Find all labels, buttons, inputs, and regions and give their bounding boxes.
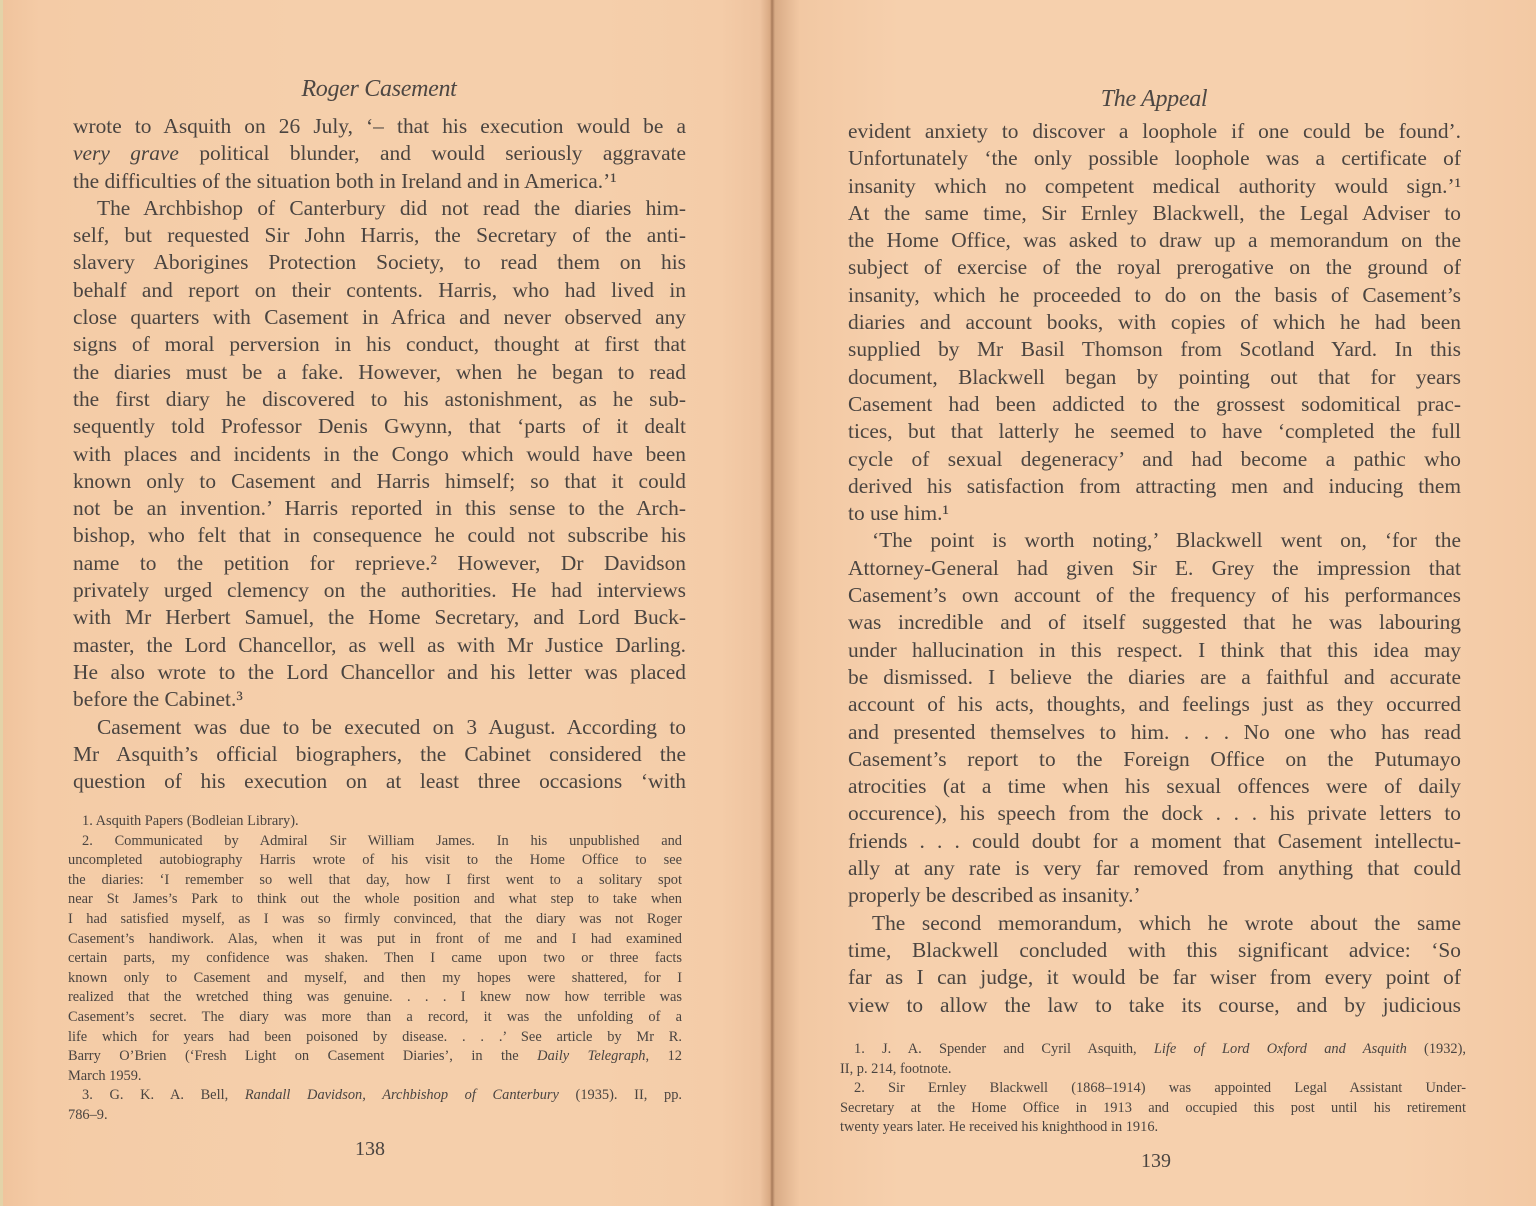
text-line: self, but requested Sir John Harris, the… [73,222,686,249]
text-line: bishop, who felt that in consequence he … [73,522,686,549]
body-text-left: wrote to Asquith on 26 July, ‘– that his… [73,113,686,795]
text-line: was incredible and of itself suggested t… [848,609,1461,636]
text-line: friends . . . could doubt for a moment t… [848,828,1461,855]
text-line: the difficulties of the situation both i… [73,168,686,195]
text-line: with places and incidents in the Congo w… [73,441,686,468]
paragraph-start: ‘The point is worth noting,’ Blackwell w… [848,527,1461,554]
footnote-line: uncompleted autobiography Harris wrote o… [68,851,682,871]
text-line: behalf and report on their contents. Har… [73,277,686,304]
running-head-right: The Appeal [848,86,1460,113]
text-line: cycle of sexual degeneracy’ and had beco… [848,446,1461,473]
text-line: subject of exercise of the royal preroga… [848,254,1461,281]
text-line: tices, but that latterly he seemed to ha… [848,418,1461,445]
text-line: known only to Casement and Harris himsel… [73,468,686,495]
text-line: He also wrote to the Lord Chancellor and… [73,659,686,686]
text-line: under hallucination in this respect. I t… [848,637,1461,664]
text-line: ally at any rate is very far removed fro… [848,855,1461,882]
text-line: insanity which no competent medical auth… [848,173,1461,200]
footnote-line: Secretary at the Home Office in 1913 and… [840,1099,1466,1119]
citation-title: Daily Telegraph [537,1048,645,1064]
paragraph-start: Casement was due to be executed on 3 Aug… [73,714,686,741]
text-line: Mr Asquith’s official biographers, the C… [73,741,686,768]
text-line: Casement’s report to the Foreign Office … [848,746,1461,773]
text-line: atrocities (at a time when his sexual of… [848,773,1461,800]
text-line: insanity, which he proceeded to do on th… [848,282,1461,309]
text-line: the first diary he discovered to his ast… [73,386,686,413]
footnote-3: 3. G. K. A. Bell, Randall Davidson, Arch… [68,1086,682,1106]
text-line: far as I can judge, it would be far wise… [848,964,1461,991]
text-line: At the same time, Sir Ernley Blackwell, … [848,200,1461,227]
page-number-right: 139 [1126,1150,1186,1173]
footnote-line: II, p. 214, footnote. [840,1060,1466,1080]
text-line: name to the petition for reprieve.² Howe… [73,550,686,577]
emphasis-text: very grave [73,141,179,165]
text-line: close quarters with Casement in Africa a… [73,304,686,331]
text-line: and presented themselves to him. . . . N… [848,719,1461,746]
footnote-line: March 1959. [68,1067,682,1087]
footnote-line: I had satisfied myself, as I was so firm… [68,910,682,930]
text-line: evident anxiety to discover a loophole i… [848,118,1461,145]
footnote-line: Barry O’Brien (‘Fresh Light on Casement … [68,1047,682,1067]
text-line: to use him.¹ [848,500,1461,527]
footnote-1: 1. J. A. Spender and Cyril Asquith, Life… [840,1040,1466,1060]
footnotes-left: 1. Asquith Papers (Bodleian Library). 2.… [68,812,682,1126]
text-line: account of his acts, thoughts, and feeli… [848,691,1461,718]
citation-title: Randall Davidson, Archbishop of Canterbu… [245,1087,559,1103]
text-line: wrote to Asquith on 26 July, ‘– that his… [73,113,686,140]
right-page: The Appeal evident anxiety to discover a… [773,0,1536,1206]
footnote-line: the diaries: ‘I remember so well that da… [68,871,682,891]
text-line: Casement’s own account of the frequency … [848,582,1461,609]
text-line: sequently told Professor Denis Gwynn, th… [73,413,686,440]
footnote-line: Casement’s secret. The diary was more th… [68,1008,682,1028]
text-line: slavery Aborigines Protection Society, t… [73,249,686,276]
running-head-left: Roger Casement [72,76,686,103]
text-line: view to allow the law to take its course… [848,992,1461,1019]
page-edge [0,0,3,1206]
footnote-line: twenty years later. He received his knig… [840,1118,1466,1138]
text-line: properly be described as insanity.’ [848,882,1461,909]
book-spread: Roger Casement wrote to Asquith on 26 Ju… [0,0,1536,1206]
text-line: Unfortunately ‘the only possible loophol… [848,145,1461,172]
text-line: signs of moral perversion in his conduct… [73,331,686,358]
paragraph-start: The second memorandum, which he wrote ab… [848,910,1461,937]
footnote-1: 1. Asquith Papers (Bodleian Library). [68,812,682,832]
footnote-line: known only to Casement and myself, and t… [68,969,682,989]
footnotes-right: 1. J. A. Spender and Cyril Asquith, Life… [840,1040,1466,1138]
text-line: occurence), his speech from the dock . .… [848,800,1461,827]
text-line: derived his satisfaction from attracting… [848,473,1461,500]
footnote-line: certain parts, my confidence was shaken.… [68,949,682,969]
text-line: supplied by Mr Basil Thomson from Scotla… [848,336,1461,363]
footnote-line: Casement’s handiwork. Alas, when it was … [68,930,682,950]
text-line: privately urged clemency on the authorit… [73,577,686,604]
page-number-left: 138 [340,1138,400,1161]
citation-title: Life of Lord Oxford and Asquith [1154,1041,1407,1057]
footnote-line: near St James’s Park to think out the wh… [68,890,682,910]
footnote-line: 786–9. [68,1106,682,1126]
text-line: Attorney-General had given Sir E. Grey t… [848,555,1461,582]
footnote-2: 2. Sir Ernley Blackwell (1868–1914) was … [840,1079,1466,1099]
footnote-2: 2. Communicated by Admiral Sir William J… [68,832,682,852]
text-line: the Home Office, was asked to draw up a … [848,227,1461,254]
text-line: diaries and account books, with copies o… [848,309,1461,336]
footnote-line: realized that the wretched thing was gen… [68,988,682,1008]
text-line: with Mr Herbert Samuel, the Home Secreta… [73,604,686,631]
text-line: not be an invention.’ Harris reported in… [73,495,686,522]
text-line: document, Blackwell began by pointing ou… [848,364,1461,391]
text-line: be dismissed. I believe the diaries are … [848,664,1461,691]
text-line: very grave political blunder, and would … [73,140,686,167]
left-page: Roger Casement wrote to Asquith on 26 Ju… [0,0,770,1206]
text-line: master, the Lord Chancellor, as well as … [73,632,686,659]
footnote-line: life which for years had been poisoned b… [68,1028,682,1048]
text-line: the diaries must be a fake. However, whe… [73,359,686,386]
text-line: time, Blackwell concluded with this sign… [848,937,1461,964]
text-line: question of his execution on at least th… [73,768,686,795]
text-line: before the Cabinet.³ [73,686,686,713]
paragraph-start: The Archbishop of Canterbury did not rea… [73,195,686,222]
text-line: Casement had been addicted to the grosse… [848,391,1461,418]
body-text-right: evident anxiety to discover a loophole i… [848,118,1461,1019]
